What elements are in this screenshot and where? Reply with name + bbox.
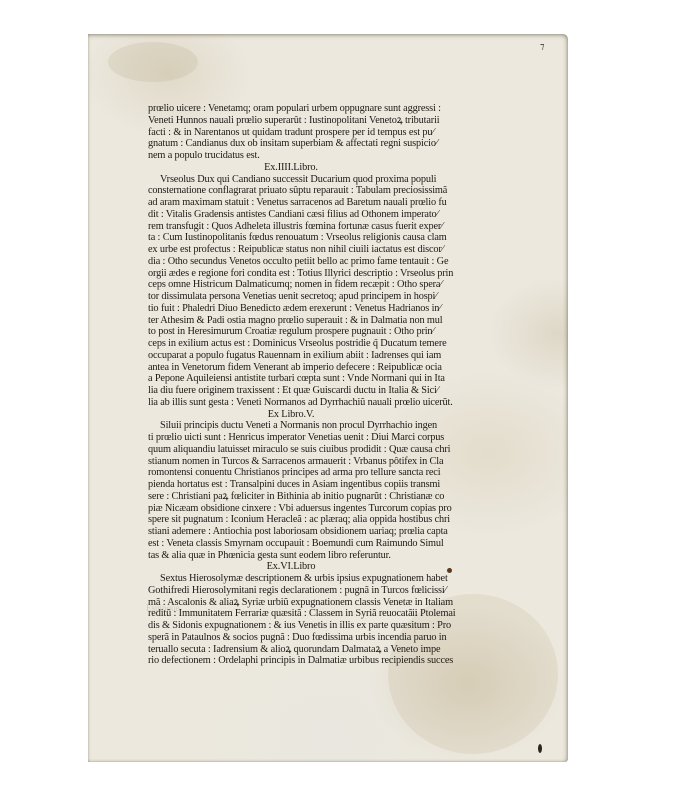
text-line: stiani ademere : Antiochia post laborios… — [148, 526, 434, 538]
text-line: tor dissimulata persona Venetias uenit s… — [148, 291, 434, 303]
text-line: orgii ædes e regione fori condita est : … — [148, 268, 434, 280]
text-line: est : Veneta classis Smyrnam occupauit :… — [148, 538, 434, 550]
offset-show-through: Ẽsuinque — [146, 603, 180, 613]
stain-top-left — [108, 42, 198, 82]
text-line: ter Athesim & Padi ostia magno prœlio su… — [148, 315, 434, 327]
corner-mark-top-right: ⁊ — [540, 42, 544, 52]
text-line: pienda hortatus est : Transalpini duces … — [148, 479, 434, 491]
book-heading: Ex.VI.Libro — [148, 561, 434, 573]
text-line: gnatum : Candianus dux ob insitam superb… — [148, 138, 434, 150]
text-line: a Pepone Aquileiensi antistite turbari c… — [148, 373, 434, 385]
text-line: ceps in exilium actus est : Dominicus Vr… — [148, 338, 434, 350]
text-line: stianum nomen in Turcos & Sarracenos arm… — [148, 456, 434, 468]
text-line: Sextus Hierosolymæ descriptionem & urbis… — [148, 573, 434, 585]
text-line: ta : Cum Iustinopolitanis fœdus renouatu… — [148, 232, 434, 244]
text-line: sere : Christiani paꝝ fœliciter in Bithi… — [148, 491, 434, 503]
text-line: rio defectionem : Ordelaphi principis in… — [148, 655, 434, 667]
text-line: nem a populo trucidatus est. — [148, 150, 434, 162]
ink-blot-bottom — [538, 744, 542, 753]
text-line: dit : Vitalis Gradensis antistes Candian… — [148, 209, 434, 221]
text-line: to post in Heresimurum Croatiæ regulum p… — [148, 326, 434, 338]
text-line: tio fuit : Phaledri Diuo Benedicto ædem … — [148, 303, 434, 315]
book-heading: Ex Libro.V. — [148, 409, 434, 421]
text-line: piæ Nicæam obsidione cinxere : Vbi aduer… — [148, 503, 434, 515]
text-line: facti : & in Narentanos ut quidam tradun… — [148, 127, 434, 139]
text-line: ti prœlio uicti sunt : Henricus imperato… — [148, 432, 434, 444]
text-line: ex urbe est profectus : Reipublicæ statu… — [148, 244, 434, 256]
text-line: tas & alia quæ in Phœnicia gesta sunt eo… — [148, 550, 434, 562]
text-line: ad aram maximam statuit : Venetus sarrac… — [148, 197, 434, 209]
text-line: consternatione conflagrarat priuato sûpt… — [148, 185, 434, 197]
text-line: antea in Venetorum fidem Venerant ab imp… — [148, 362, 434, 374]
text-block: prœlio uicere : Venetamq; oram populari … — [148, 103, 434, 667]
text-line: prœlio uicere : Venetamq; oram populari … — [148, 103, 434, 115]
text-line: sperã in Pataulnos & socios pugnã : Duo … — [148, 632, 434, 644]
text-line: lia diu fuere originem traxissent : Et q… — [148, 385, 434, 397]
text-line: Gothifredi Hierosolymitani regis declara… — [148, 585, 434, 597]
book-heading: Ex.IIII.Libro. — [148, 162, 434, 174]
text-line: teruallo secuta : Iadrensium & alioꝝ quo… — [148, 644, 434, 656]
text-line: reditũ : Immunitatem Ferrariæ quæsitã : … — [148, 608, 434, 620]
text-line: romontensi conuentu Christianos principe… — [148, 467, 434, 479]
text-line: quum aliquandiu latuisset miraculo se su… — [148, 444, 434, 456]
text-line: ceps omne Histricum Dalmaticumq; nomen i… — [148, 279, 434, 291]
text-line: Vrseolus Dux qui Candiano successit Duca… — [148, 174, 434, 186]
text-line: Veneti Hunnos nauali prœlio superarût : … — [148, 115, 434, 127]
text-line: spere sit pugnatum : Iconium Heracleã : … — [148, 514, 434, 526]
text-line: lia ab illis sunt gesta : Veneti Normano… — [148, 397, 434, 409]
text-line: dis & Sidonis expugnationem : & ius Vene… — [148, 620, 434, 632]
signature-mark: ii — [412, 608, 418, 619]
text-line: dia : Otho secundus Venetos occulto peti… — [148, 256, 434, 268]
text-line: occuparat a populo fugatus Rauennam in e… — [148, 350, 434, 362]
text-line: Siluii principis ductu Veneti a Normanis… — [148, 420, 434, 432]
text-line: mã : Ascalonis & aliaꝝ Syriæ urbiũ expug… — [148, 597, 434, 609]
text-line: rem transfugit : Quos Adheleta illustris… — [148, 221, 434, 233]
